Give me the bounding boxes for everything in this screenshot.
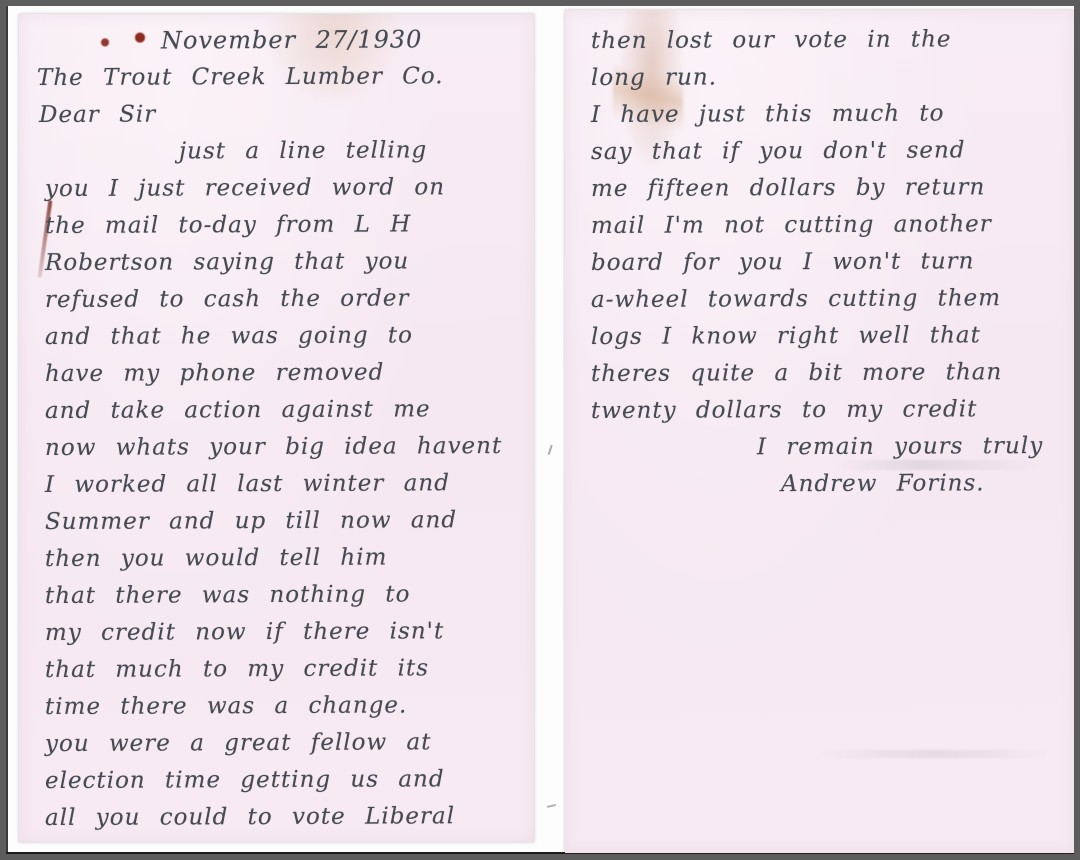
body-line: twenty dollars to my credit (565, 391, 1074, 430)
body-line: that there was nothing to (19, 576, 534, 615)
body-line: mail I'm not cutting another (565, 206, 1074, 245)
body-line: then lost our vote in the (565, 21, 1074, 60)
recipient-line: The Trout Creek Lumber Co. (19, 58, 534, 97)
body-line: just a line telling (19, 132, 534, 171)
body-line: say that if you don't send (565, 132, 1074, 171)
body-line: you I just received word on (19, 169, 534, 208)
body-line: a-wheel towards cutting them (565, 280, 1074, 319)
body-line: the mail to-day from L H (19, 206, 534, 245)
body-line: then you would tell him (19, 539, 534, 578)
body-line: theres quite a bit more than (565, 354, 1074, 393)
body-line: now whats your big idea havent (19, 428, 534, 467)
scanned-letter-frame: November 27/1930 The Trout Creek Lumber … (0, 0, 1080, 860)
signature-line: Andrew Forins. (565, 465, 1074, 504)
body-line: long run. (565, 58, 1074, 97)
smudge-mark (820, 750, 1050, 758)
body-line: my credit now if there isn't (19, 613, 534, 652)
body-line: refused to cash the order (19, 280, 534, 319)
body-line: all you could to vote Liberal (19, 798, 534, 837)
body-line: I have just this much to (565, 95, 1074, 134)
date-line: November 27/1930 (19, 21, 534, 60)
body-line: election time getting us and (19, 761, 534, 800)
body-line: have my phone removed (19, 354, 534, 393)
body-line: time there was a change. (19, 687, 534, 726)
letter-page-2: then lost our vote in the long run. I ha… (565, 10, 1074, 853)
body-line: you were a great fellow at (19, 724, 534, 763)
body-line: board for you I won't turn (565, 243, 1074, 282)
body-line: and that he was going to (19, 317, 534, 356)
body-line: that much to my credit its (19, 650, 534, 689)
scan-artifact (548, 445, 561, 458)
body-line: Summer and up till now and (19, 502, 534, 541)
closing-line: I remain yours truly (565, 428, 1074, 467)
page-1-text: November 27/1930 The Trout Creek Lumber … (19, 14, 534, 836)
body-line: and take action against me (19, 391, 534, 430)
body-line: Robertson saying that you (19, 243, 534, 282)
body-line: me fifteen dollars by return (565, 169, 1074, 208)
salutation-line: Dear Sir (19, 95, 534, 134)
letter-page-1: November 27/1930 The Trout Creek Lumber … (19, 14, 534, 842)
body-line: I worked all last winter and (19, 465, 534, 504)
body-line: logs I know right well that (565, 317, 1074, 356)
scan-artifact (545, 795, 556, 808)
page-2-text: then lost our vote in the long run. I ha… (565, 10, 1074, 503)
